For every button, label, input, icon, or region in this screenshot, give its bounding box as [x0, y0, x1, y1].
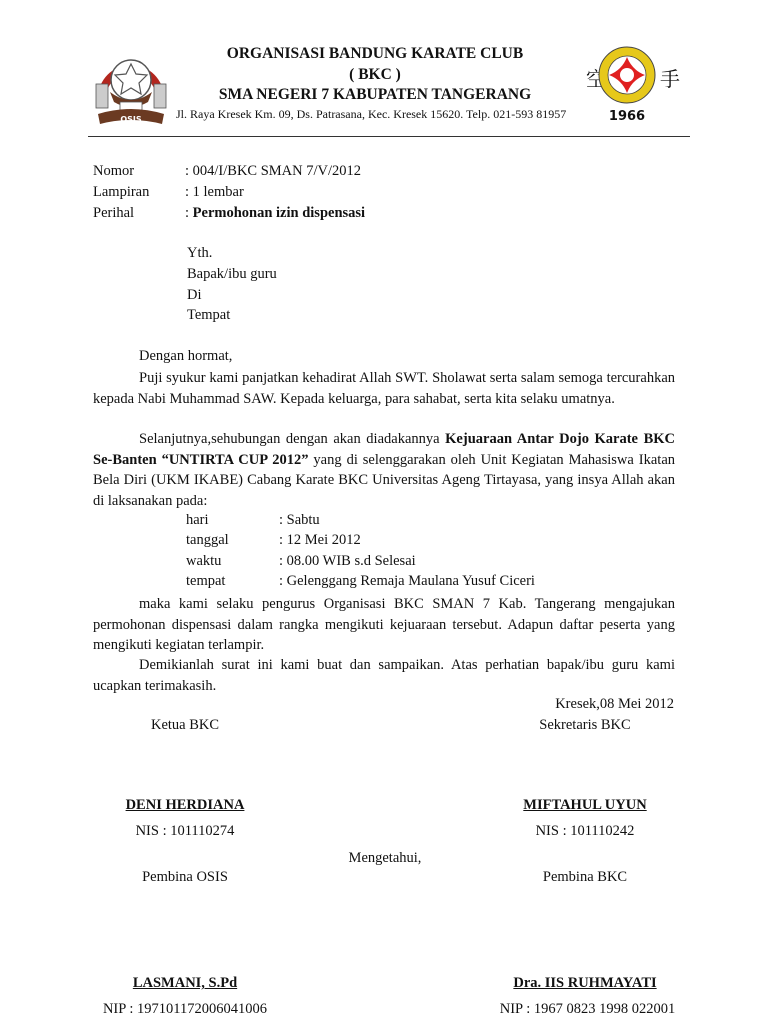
paragraph-opening: Puji syukur kami panjatkan kehadirat All…: [93, 368, 675, 409]
osis-logo: OSIS: [90, 40, 172, 128]
signatory-pembina-osis-name: LASMANI, S.Pd: [100, 975, 270, 992]
detail-value-tempat: : Gelenggang Remaja Maulana Yusuf Ciceri: [279, 573, 535, 590]
signatory-ketua-name: DENI HERDIANA: [100, 797, 270, 814]
bkc-logo: 空 手 1966: [576, 40, 680, 124]
paragraph-closing: Demikianlah surat ini kami buat dan samp…: [93, 655, 675, 696]
role-ketua: Ketua BKC: [100, 717, 270, 734]
signatory-sekretaris-name: MIFTAHUL UYUN: [500, 797, 670, 814]
pembina-osis-nip: NIP : 197101172006041006: [85, 1001, 285, 1018]
meta-label-perihal: Perihal: [93, 205, 134, 222]
role-pembina-bkc: Pembina BKC: [500, 869, 670, 886]
meta-label-nomor: Nomor: [93, 163, 134, 180]
role-sekretaris: Sekretaris BKC: [500, 717, 670, 734]
recipient-line: Bapak/ibu guru: [187, 266, 277, 283]
paragraph-event: Selanjutnya,sehubungan dengan akan diada…: [93, 429, 675, 511]
ketua-nis: NIS : 101110274: [100, 823, 270, 840]
para2-start: Selanjutnya,sehubungan dengan akan diada…: [139, 431, 445, 447]
detail-label-tanggal: tanggal: [186, 532, 229, 549]
address: Jl. Raya Kresek Km. 09, Ds. Patrasana, K…: [176, 107, 566, 122]
paragraph-request: maka kami selaku pengurus Organisasi BKC…: [93, 594, 675, 656]
svg-text:OSIS: OSIS: [120, 115, 142, 124]
org-abbrev: ( BKC ): [180, 66, 570, 84]
place-date: Kresek,08 Mei 2012: [555, 696, 674, 713]
pembina-bkc-nip: NIP : 1967 0823 1998 022001: [480, 1001, 695, 1018]
colon: :: [185, 205, 193, 221]
header-divider: [88, 136, 690, 137]
svg-text:手: 手: [660, 67, 680, 91]
role-pembina-osis: Pembina OSIS: [100, 869, 270, 886]
recipient-line: Tempat: [187, 307, 230, 324]
detail-label-waktu: waktu: [186, 553, 221, 570]
detail-value-tanggal: : 12 Mei 2012: [279, 532, 361, 549]
meta-value-lampiran: : 1 lembar: [185, 184, 244, 201]
svg-text:1966: 1966: [609, 109, 645, 124]
org-name: ORGANISASI BANDUNG KARATE CLUB: [180, 45, 570, 63]
meta-value-nomor: : 004/I/BKC SMAN 7/V/2012: [185, 163, 361, 180]
greeting: Dengan hormat,: [139, 348, 232, 365]
recipient-line: Di: [187, 287, 202, 304]
detail-value-hari: : Sabtu: [279, 512, 320, 529]
signatory-pembina-bkc-name: Dra. IIS RUHMAYATI: [480, 975, 690, 992]
subject: Permohonan izin dispensasi: [193, 205, 365, 221]
school-name: SMA NEGERI 7 KABUPATEN TANGERANG: [180, 86, 570, 104]
sekretaris-nis: NIS : 101110242: [500, 823, 670, 840]
meta-label-lampiran: Lampiran: [93, 184, 149, 201]
detail-label-tempat: tempat: [186, 573, 225, 590]
detail-value-waktu: : 08.00 WIB s.d Selesai: [279, 553, 416, 570]
acknowledged-label: Mengetahui,: [300, 850, 470, 867]
recipient-line: Yth.: [187, 245, 212, 262]
meta-value-perihal: : Permohonan izin dispensasi: [185, 205, 365, 222]
detail-label-hari: hari: [186, 512, 209, 529]
